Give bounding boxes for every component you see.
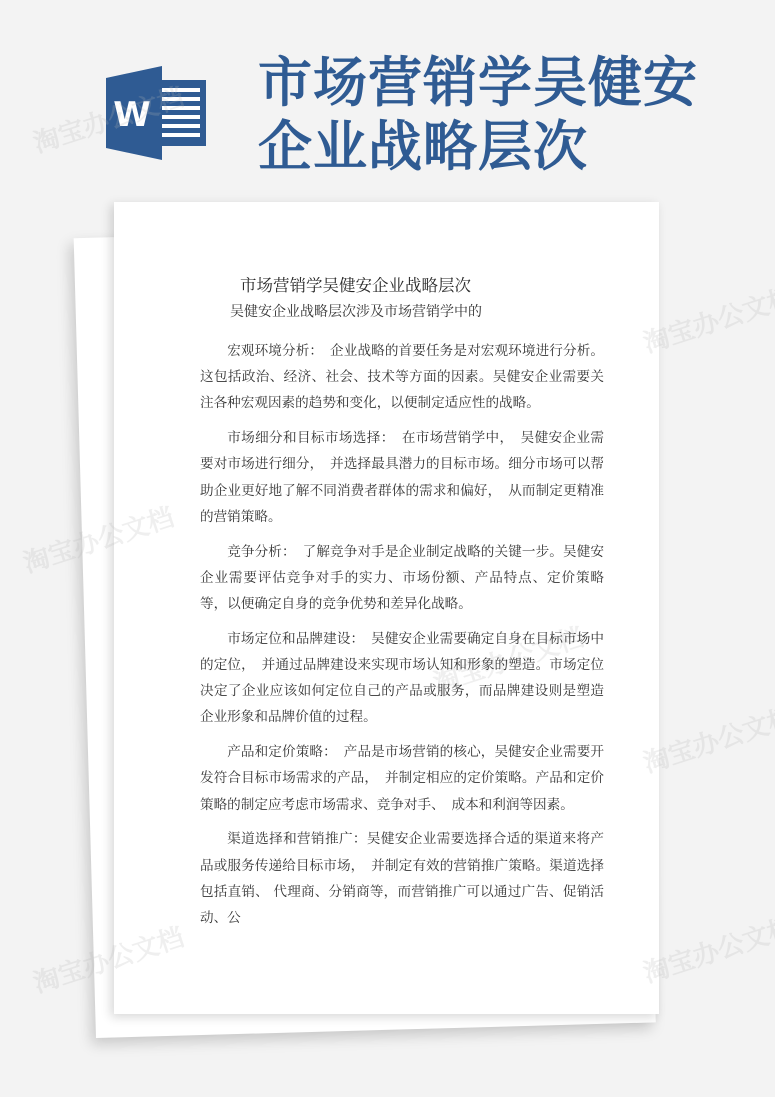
paragraph-product-pricing: 产品和定价策略： 产品是市场营销的核心，吴健安企业需要开发符合目标市场需求的产品… (200, 739, 604, 818)
word-document-icon: W (106, 66, 210, 160)
document-title: 市场营销学吴健安企业战略层次 (240, 272, 471, 296)
paragraph-macro-environment: 宏观环境分析： 企业战略的首要任务是对宏观环境进行分析。这包括政治、经济、社会、… (200, 338, 604, 417)
paragraph-label: 宏观环境分析： (227, 343, 316, 359)
word-icon-letter: W (113, 95, 151, 135)
paragraph-label: 产品和定价策略： (227, 744, 330, 760)
paragraph-label: 市场细分和目标市场选择： (227, 430, 388, 446)
page-title-line1: 市场营销学吴健安 (258, 50, 698, 114)
paragraph-competition-analysis: 竞争分析： 了解竞争对手是企业制定战略的关键一步。吴健安企业需要评估竞争对手的实… (200, 539, 604, 618)
paragraph-channel-promotion: 渠道选择和营销推广：吴健安企业需要选择合适的渠道来将产品或服务传递给目标市场， … (200, 826, 604, 931)
paragraph-label: 竞争分析： (227, 544, 289, 560)
page-title: 市场营销学吴健安 企业战略层次 (258, 50, 698, 178)
paragraph-label: 渠道选择和营销推广： (227, 831, 367, 847)
paragraph-market-segmentation: 市场细分和目标市场选择： 在市场营销学中， 吴健安企业需要对市场进行细分， 并选… (200, 425, 604, 530)
page-title-line2: 企业战略层次 (258, 114, 698, 178)
document-subtitle: 吴健安企业战略层次涉及市场营销学中的 (230, 301, 482, 321)
paragraph-label: 市场定位和品牌建设： (227, 631, 357, 647)
paragraph-positioning-branding: 市场定位和品牌建设： 吴健安企业需要确定自身在目标市场中的定位， 并通过品牌建设… (200, 626, 604, 731)
document-body: 宏观环境分析： 企业战略的首要任务是对宏观环境进行分析。这包括政治、经济、社会、… (200, 338, 604, 940)
